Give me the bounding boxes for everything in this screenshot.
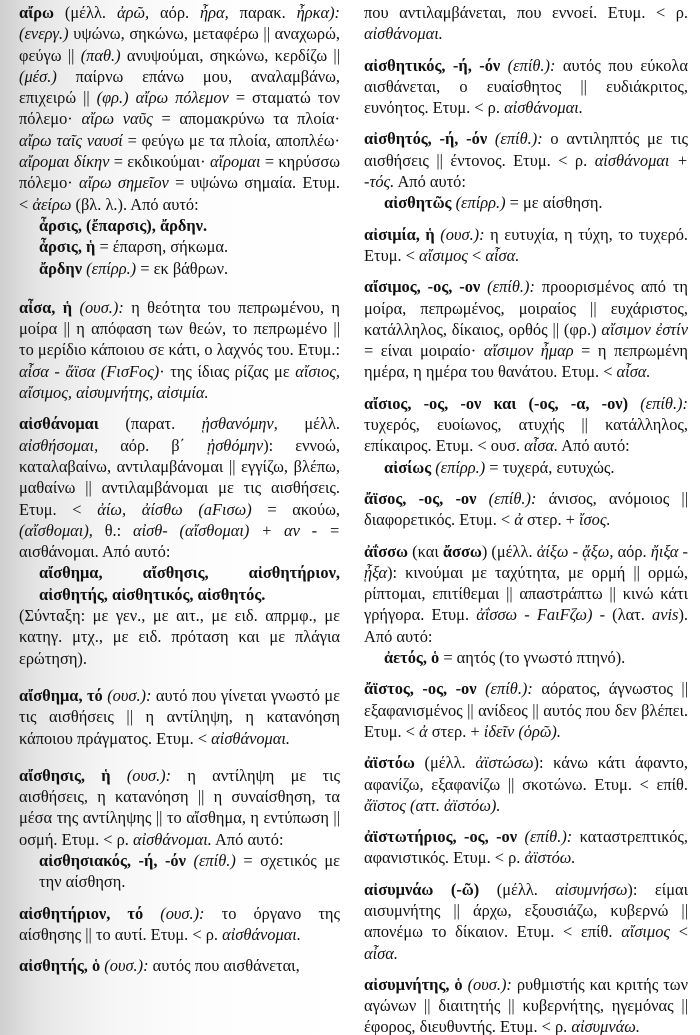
entry-italic: (φρ.) αἴρω πόλεμον bbox=[97, 88, 229, 107]
entry-italic: (επίθ.): bbox=[517, 827, 572, 846]
entry-text: στερ. + bbox=[428, 722, 484, 741]
entry-aisymnao: αἰσυμνάω (-ῶ) (μέλλ. αἰσυμνήσω): είμαι α… bbox=[364, 879, 688, 964]
entry-aisa: αἶσα, ἡ (ουσ.): η θεότητα του πεπρωμένου… bbox=[19, 297, 340, 403]
entry-italic: αἴσιμον ἦμαρ bbox=[484, 341, 574, 360]
derived-headword: ἄρδην bbox=[39, 259, 82, 278]
derived-line: ἆρσις, (ἔπαρσις), ἄρδην. bbox=[19, 215, 340, 236]
left-column: αἴρω (μέλλ. ἀρῶ, αόρ. ἦρα, παρακ. ἦρκα):… bbox=[0, 0, 350, 1035]
entry-aisthitos: αἰσθητός, -ή, -όν (επίθ.): ο αντιληπτός … bbox=[364, 128, 688, 213]
derived-line: ἄρδην (επίρρ.) = εκ βάθρων. bbox=[19, 258, 340, 279]
derived-headword: αἰσίως bbox=[384, 458, 431, 477]
entry-italic: ἀίξω - ᾄξω, bbox=[537, 542, 614, 561]
entry-text: · της ίδιας ρίζας με bbox=[159, 362, 295, 381]
headword: αἰσυμνάω (-ῶ) bbox=[364, 880, 479, 899]
entry-aisimia: αἰσιμία, ἡ (ουσ.): η ευτυχία, η τύχη, το… bbox=[364, 224, 688, 267]
headword: ἀϊστωτήριος, -ος, -ον bbox=[364, 827, 517, 846]
entry-aisios: αἴσιος, -ος, -ον και (-ος, -α, -ον) (επί… bbox=[364, 393, 688, 478]
entry-text: αόρ. β΄ bbox=[98, 436, 207, 455]
entry-text: αυτός που αισθάνεται, bbox=[149, 956, 300, 975]
entry-italic: αἶσα - ἄϊσα (FισFος) bbox=[19, 362, 159, 381]
headword: ἄϊστος, -ος, -ον bbox=[364, 679, 477, 698]
headword: αἶσα, ἡ bbox=[19, 298, 72, 317]
entry-text: αόρ. bbox=[149, 3, 200, 22]
headword: αἰσυμνήτης, ὁ bbox=[364, 975, 463, 994]
right-column: που αντιλαμβάνεται, που εννοεί. Ετυμ. < … bbox=[350, 0, 700, 1035]
headword: αἴσθησις, ἡ bbox=[19, 766, 111, 785]
entry-italic: αἶσα. bbox=[364, 944, 398, 963]
derived-line: ἆρσις, ἡ = έπαρση, σήκωμα. bbox=[19, 236, 340, 257]
entry-aisimos: αἴσιμος, -ος, -ον (επίθ.): προορισμένος … bbox=[364, 276, 688, 382]
derived-line: ἀετός, ὁ = αητός (το γνωστό πτηνό). bbox=[364, 647, 688, 668]
entry-text: < bbox=[468, 246, 485, 265]
entry-italic: αἴρω ταῖς ναυσί bbox=[19, 131, 123, 150]
headword: αἴσθημα, τό bbox=[19, 686, 103, 705]
derived-line: αἰσίως (επίρρ.) = τυχερά, ευτυχώς. bbox=[364, 457, 688, 478]
entry-continuation: που αντιλαμβάνεται, που εννοεί. Ετυμ. < … bbox=[364, 2, 688, 45]
entry-text: Από αυτό: bbox=[558, 436, 630, 455]
entry-italic: αἶσα. bbox=[524, 436, 558, 455]
headword: ἀΐσσω bbox=[364, 542, 408, 561]
entry-italic: αἶσα. bbox=[485, 246, 519, 265]
derived-text: = τυχερά, ευτυχώς. bbox=[485, 458, 614, 477]
headword: αἰσιμία, ἡ bbox=[364, 225, 435, 244]
entry-italic: αἴσιμος bbox=[419, 246, 468, 265]
dictionary-page: αἴρω (μέλλ. ἀρῶ, αόρ. ἦρα, παρακ. ἦρκα):… bbox=[0, 0, 700, 1035]
entry-italic: αἰσυμνήσω bbox=[555, 880, 627, 899]
entry-aisthitikos: αἰσθητικός, -ή, -όν (επίθ.): αυτός που ε… bbox=[364, 55, 688, 119]
entry-italic: ᾐσθόμην bbox=[207, 436, 263, 455]
entry-italic: αἰσθάνομαι. bbox=[211, 729, 290, 748]
entry-airo: αἴρω (μέλλ. ἀρῶ, αόρ. ἦρα, παρακ. ἦρκα):… bbox=[19, 2, 340, 279]
entry-aistos: ἄϊστος, -ος, -ον (επίθ.): αόρατος, άγνωσ… bbox=[364, 678, 688, 742]
entry-text: = εκδικούμαι· bbox=[109, 152, 210, 171]
derived-text: = αητός (το γνωστό πτηνό). bbox=[439, 648, 625, 667]
entry-aistoo: ἀϊστόω (μέλλ. ἀϊστώσω): κάνω κάτι άφαντο… bbox=[364, 752, 688, 816]
derived-list: αἴσθημα, αἴσθησις, αἰσθητήριον, αἰσθητής… bbox=[19, 562, 340, 605]
entry-italic: (παθ.) bbox=[81, 46, 121, 65]
entry-text: στερ. + bbox=[523, 510, 579, 529]
entry-text: μέλλ. bbox=[278, 414, 340, 433]
entry-italic: αἴρομαι bbox=[210, 152, 261, 171]
entry-italic: αἰσθήσομαι, bbox=[19, 436, 98, 455]
entry-text: (μέλλ. bbox=[479, 880, 555, 899]
entry-aisthanomai: αἰσθάνομαι (παρατ. ᾐσθανόμην, μέλλ. αἰσθ… bbox=[19, 413, 340, 605]
entry-italic: (ουσ.): bbox=[103, 686, 152, 705]
entry-text: - (λατ. bbox=[592, 605, 652, 624]
entry-italic: αἴσιμον ἐστίν bbox=[601, 320, 688, 339]
entry-text: (βλ. λ.). Από αυτό: bbox=[71, 195, 198, 214]
entry-italic: (επίθ.): bbox=[487, 129, 543, 148]
entry-italic: ἄϊστος (αττ. ἀϊστόω). bbox=[364, 796, 500, 815]
entry-italic: (επίθ.): bbox=[480, 277, 535, 296]
headword-variant: ἄσσω bbox=[443, 542, 482, 561]
entry-aisos: ἄϊσος, -ος, -ον (επίθ.): άνισος, ανόμοιο… bbox=[364, 488, 688, 531]
syntax-note: (Σύνταξη: με γεν., με αιτ., με ειδ. απρμ… bbox=[19, 605, 340, 669]
entry-italic: ἀΐσσω - FaιFζω) bbox=[476, 605, 592, 624]
entry-italic: (μέσ.) bbox=[19, 67, 57, 86]
entry-text: αόρ. bbox=[613, 542, 650, 561]
entry-text: θ.: bbox=[93, 521, 133, 540]
entry-aisthima: αἴσθημα, τό (ουσ.): αυτό που γίνεται γνω… bbox=[19, 685, 340, 749]
entry-aisymnitis: αἰσυμνήτης, ὁ (ουσ.): ρυθμιστής και κριτ… bbox=[364, 974, 688, 1035]
derived-line: αἰσθητῶς (επίρρ.) = με αίσθηση. bbox=[364, 192, 688, 213]
entry-italic: ἀρῶ, bbox=[117, 3, 149, 22]
entry-italic: ἀείρω bbox=[32, 195, 71, 214]
entry-italic: αἰσθάνομαι. bbox=[222, 925, 301, 944]
derived-text: = έπαρση, σήκωμα. bbox=[95, 237, 228, 256]
entry-aisthitirion: αἰσθητήριον, τό (ουσ.): το όργανο της αί… bbox=[19, 903, 340, 946]
entry-text: Από αυτό: bbox=[212, 830, 284, 849]
entry-italic: (επίθ.): bbox=[476, 489, 536, 508]
entry-italic: ᾐσθανόμην, bbox=[202, 414, 278, 433]
entry-italic: (ουσ.): bbox=[100, 956, 148, 975]
headword: αἴσιος, -ος, -ον και (-ος, -α, -ον) bbox=[364, 394, 628, 413]
entry-italic: ἀϊστώσω bbox=[475, 753, 533, 772]
entry-italic: ἰδεῖν (ὁρῶ). bbox=[484, 722, 561, 741]
entry-italic: avis bbox=[652, 605, 678, 624]
entry-italic: (ουσ.): bbox=[435, 225, 485, 244]
entry-italic: αἶσα. bbox=[617, 362, 651, 381]
entry-italic: αἰσυμνάω. bbox=[571, 1017, 640, 1035]
entry-aisthitis: αἰσθητής, ὁ (ουσ.): αυτός που αισθάνεται… bbox=[19, 955, 340, 976]
derived-italic: (επίρρ.) bbox=[82, 259, 136, 278]
entry-italic: αἴρομαι δίκην bbox=[19, 152, 109, 171]
entry-text: (και bbox=[408, 542, 443, 561]
entry-text: (παρατ. bbox=[99, 414, 202, 433]
entry-text: < bbox=[670, 922, 688, 941]
entry-italic: αἰσθάνομαι. bbox=[133, 830, 212, 849]
headword: αἰσθητός, -ή, -όν bbox=[364, 129, 487, 148]
headword: ἀϊστόω bbox=[364, 753, 415, 772]
headword: αἰσθητήριον, τό bbox=[19, 904, 143, 923]
entry-italic: (επίθ.): bbox=[628, 394, 688, 413]
entry-text: Από αυτό: bbox=[394, 172, 466, 191]
entry-text: ανυψούμαι, σηκώνω, κερδίζω || bbox=[121, 46, 340, 65]
headword: ἄϊσος, -ος, -ον bbox=[364, 489, 476, 508]
derived-headword: αἰσθητῶς bbox=[384, 193, 451, 212]
entry-text: = απομακρύνω τα πλοία· bbox=[153, 109, 340, 128]
entry-italic: (ουσ.): bbox=[111, 766, 172, 785]
entry-italic: ἦρα, bbox=[200, 3, 229, 22]
entry-italic: (επίθ.): bbox=[477, 679, 533, 698]
entry-text: = ακούω, bbox=[252, 500, 340, 519]
entry-aisthisis: αἴσθησις, ἡ (ουσ.): η αντίληψη με τις αι… bbox=[19, 765, 340, 893]
derived-headword: ἆρσις, ἡ bbox=[39, 237, 95, 256]
entry-italic: ἀ bbox=[514, 510, 523, 529]
entry-italic: αἰσθ- (αἴσθομαι) + αν - = bbox=[133, 521, 340, 540]
headword: αἰσθητής, ὁ bbox=[19, 956, 100, 975]
entry-italic: αἴρω ναῦς bbox=[81, 109, 152, 128]
entry-italic: αἰσθάνομαι. bbox=[364, 24, 443, 43]
entry-text: παρακ. bbox=[229, 3, 297, 22]
derived-italic: (επίρρ.) bbox=[431, 458, 485, 477]
entry-text: = φεύγω με τα πλοία, αποπλέω· bbox=[123, 131, 340, 150]
entry-text: ) (μέλλ. bbox=[482, 542, 537, 561]
entry-italic: ἀίω, ἀίσθω (aFισω) bbox=[97, 500, 251, 519]
entry-aistotirios: ἀϊστωτήριος, -ος, -ον (επίθ.): καταστρεπ… bbox=[364, 826, 688, 869]
entry-italic: αἴσιμος bbox=[621, 922, 670, 941]
entry-text: (μέλλ. bbox=[54, 3, 117, 22]
entry-italic: (επίθ.): bbox=[500, 56, 555, 75]
headword: αἰσθάνομαι bbox=[19, 414, 99, 433]
headword: αἴρω bbox=[19, 3, 54, 22]
entry-italic: ἴσος. bbox=[579, 510, 611, 529]
headword: αἴσιμος, -ος, -ον bbox=[364, 277, 480, 296]
derived-italic: (επίρρ.) bbox=[451, 193, 505, 212]
entry-text: αισθάνομαι. Από αυτό: bbox=[19, 542, 170, 561]
entry-italic: (αἴσθομαι), bbox=[19, 521, 93, 540]
entry-text: = είναι μοιραίο· bbox=[364, 341, 484, 360]
entry-aisso: ἀΐσσω (και ἄσσω) (μέλλ. ἀίξω - ᾄξω, αόρ.… bbox=[364, 541, 688, 669]
derived-headword: αἰσθησιακός, -ή, -όν bbox=[39, 851, 186, 870]
derived-text: = εκ βάθρων. bbox=[136, 259, 228, 278]
entry-italic: (ουσ.): bbox=[143, 904, 204, 923]
headword: αἰσθητικός, -ή, -όν bbox=[364, 56, 500, 75]
derived-line: αἰσθησιακός, -ή, -όν (επίθ.) = σχετικός … bbox=[19, 850, 340, 893]
entry-italic: (ουσ.): bbox=[463, 975, 512, 994]
entry-text: (μέλλ. bbox=[415, 753, 475, 772]
derived-headword: ἀετός, ὁ bbox=[384, 648, 439, 667]
entry-text: που αντιλαμβάνεται, που εννοεί. Ετυμ. < … bbox=[364, 3, 688, 22]
derived-text: = με αίσθηση. bbox=[506, 193, 603, 212]
entry-italic: (ουσ.): bbox=[72, 298, 124, 317]
entry-italic: ἀ bbox=[419, 722, 428, 741]
entry-italic: αἰσθάνομαι. bbox=[504, 98, 583, 117]
entry-italic: ἀϊστόω. bbox=[524, 848, 575, 867]
derived-italic: (επίθ.) bbox=[186, 851, 236, 870]
entry-italic: αἴρω σημεῖον bbox=[79, 173, 169, 192]
